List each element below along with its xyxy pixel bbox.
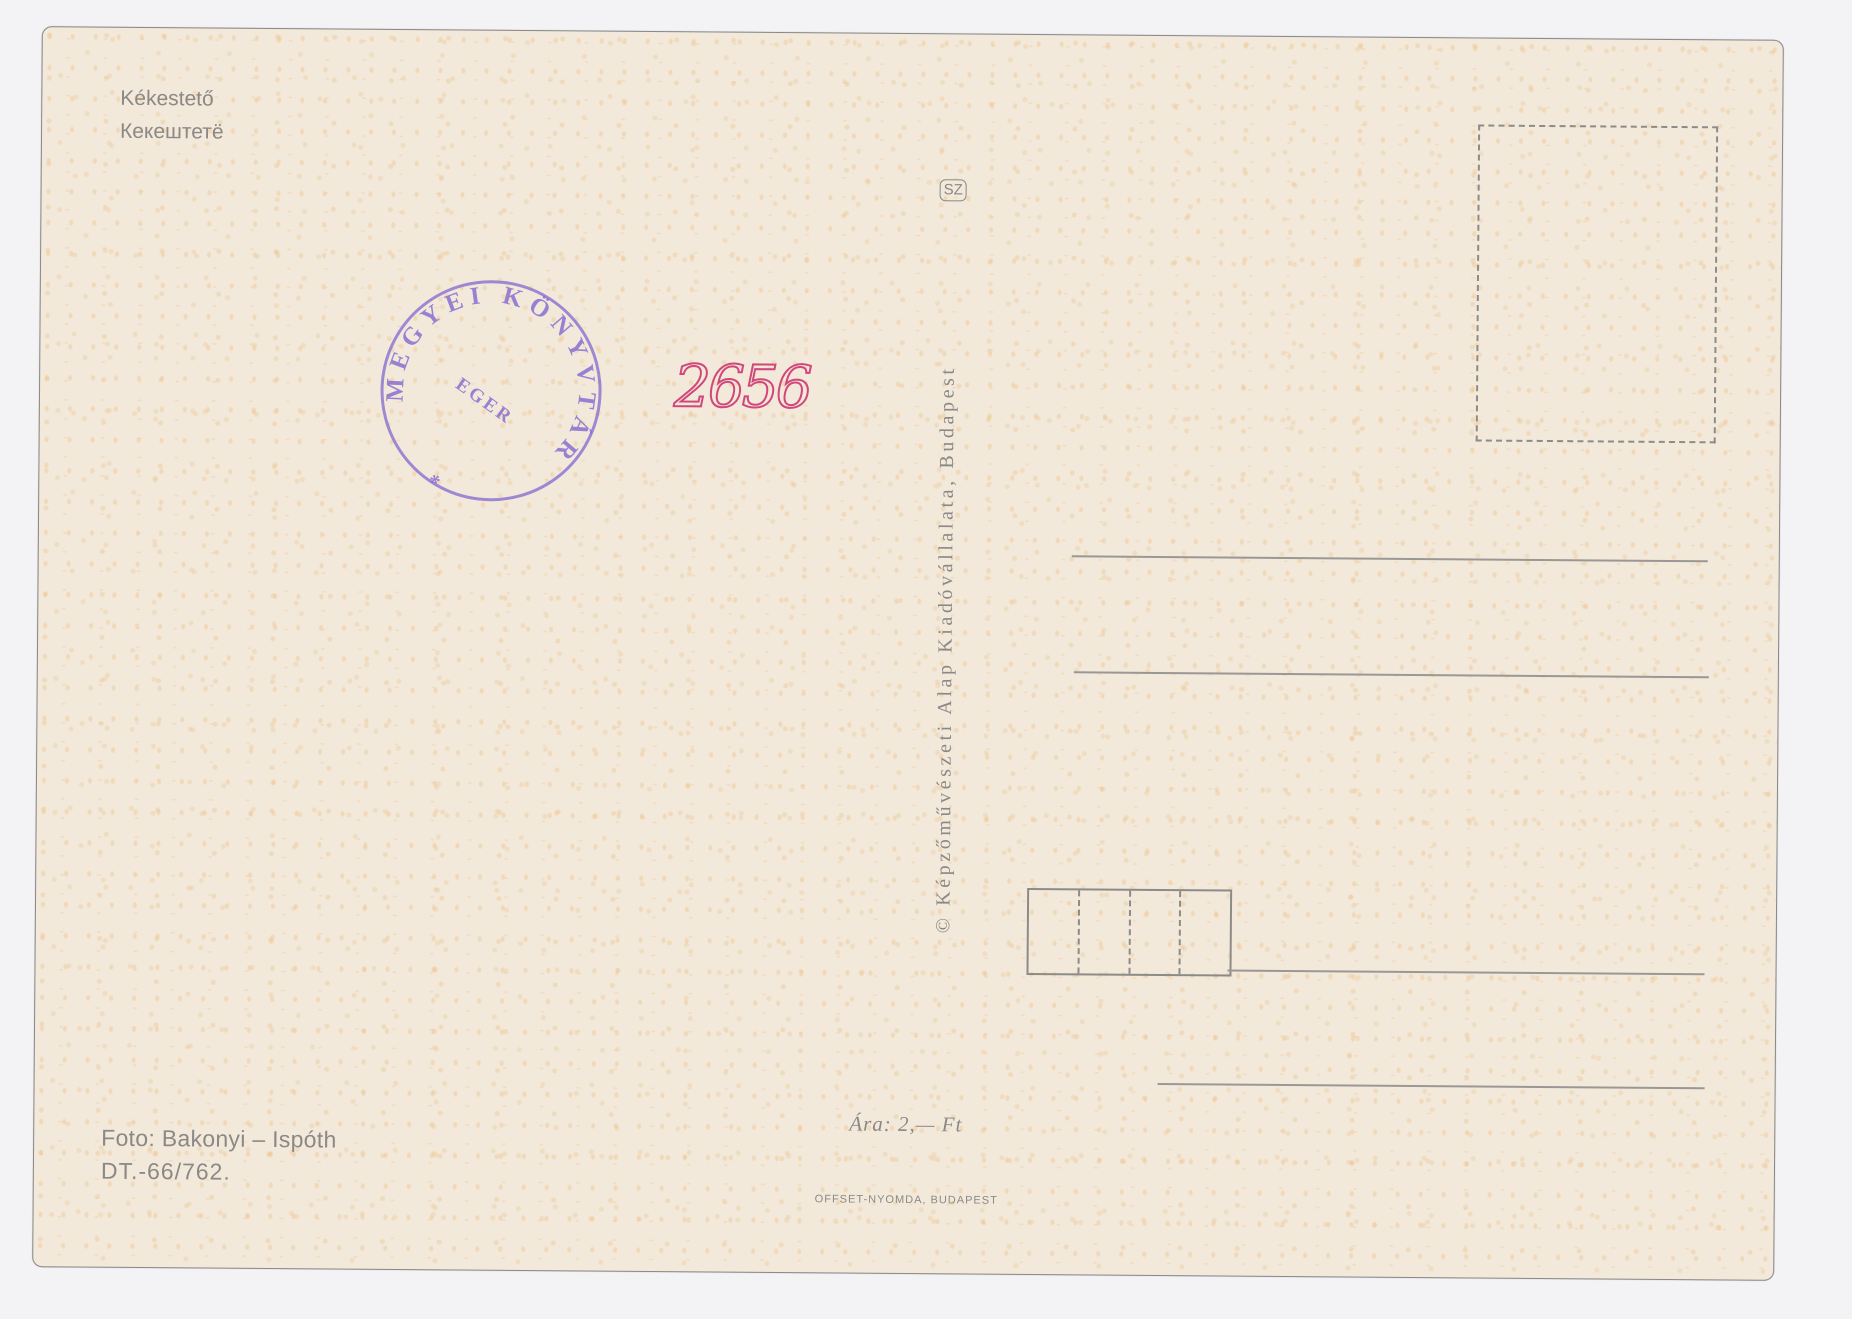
catalog-code: DT.-66/762. [101,1158,231,1186]
publisher-line-text: © Képzőművészeti Alap Kiadóvállalata, Bu… [932,365,959,933]
stamp-star-icon: * [427,469,444,496]
postcode-cell [1079,890,1130,973]
svg-text:MEGYEI KÖNYVTÁR: MEGYEI KÖNYVTÁR [374,274,608,508]
place-name-russian: Кекештетё [120,120,224,145]
photo-credit: Foto: Bakonyi – Ispóth [101,1125,337,1154]
library-stamp: MEGYEI KÖNYVTÁR EGER * [374,274,608,508]
price-label: Ára: 2,— Ft [849,1112,962,1138]
postcard-back: Kékestető Кекештетё MEGYEI KÖNYVTÁR EGER… [32,26,1784,1281]
postcode-cell [1181,891,1230,974]
postcode-boxes [1026,888,1232,977]
address-line-1 [1072,555,1708,562]
postage-stamp-area [1476,124,1718,443]
stamp-center-text: EGER [452,374,518,429]
stamp-ring [374,274,608,508]
postcode-cell [1028,890,1079,973]
handwritten-number: 2656 [670,344,836,435]
svg-text:2656: 2656 [673,352,811,421]
printer-credit: OFFSET-NYOMDA, BUDAPEST [815,1193,998,1206]
address-line-2 [1074,671,1709,678]
postcode-cell [1130,891,1181,974]
publisher-mark-sz: SZ [940,179,967,201]
place-name-hungarian: Kékestető [120,87,214,112]
stamp-ring-text: MEGYEI KÖNYVTÁR [374,274,608,508]
publisher-line: © Képzőművészeti Alap Kiadóvállalata, Bu… [928,249,964,1049]
address-line-3 [1158,1083,1705,1089]
postcode-line [1228,970,1705,976]
